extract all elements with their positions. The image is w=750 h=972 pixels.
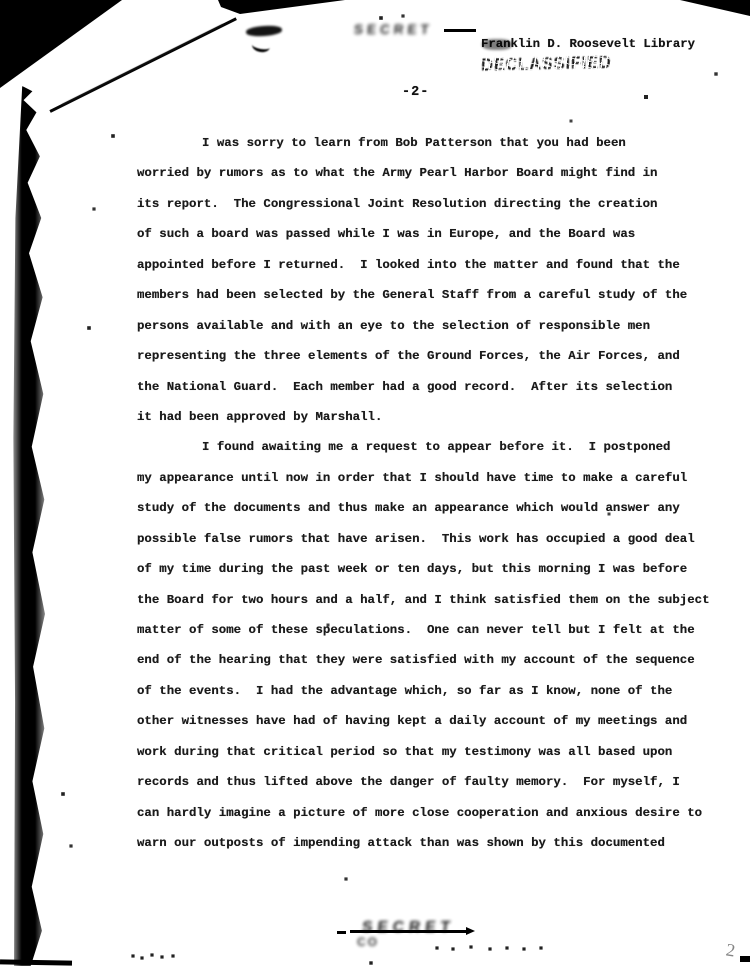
scan-speckles-icon xyxy=(0,0,2,2)
declassified-stamp: DECLASSIFIED xyxy=(481,53,612,76)
paragraph-2: I found awaiting me a request to appear … xyxy=(137,432,729,858)
stamp-strikethrough-arrow-icon xyxy=(350,930,466,933)
ink-smudge-curve-icon xyxy=(251,39,271,54)
text-line: the National Guard. Each member had a go… xyxy=(137,372,729,402)
text-line: persons available and with an eye to the… xyxy=(137,311,729,341)
text-line: my appearance until now in order that I … xyxy=(137,463,729,493)
text-line: study of the documents and thus make an … xyxy=(137,493,729,523)
scanned-document-page: SECRET Franklin D. Roosevelt Library DEC… xyxy=(0,0,750,972)
text-line: it had been approved by Marshall. xyxy=(137,402,729,432)
text-line: of such a board was passed while I was i… xyxy=(137,219,729,249)
text-line: of my time during the past week or ten d… xyxy=(137,554,729,584)
stamp-residue-marks: CO xyxy=(357,935,379,949)
text-line: possible false rumors that have arisen. … xyxy=(137,524,729,554)
paragraph-1: I was sorry to learn from Bob Patterson … xyxy=(137,128,729,432)
text-line: the Board for two hours and a half, and … xyxy=(137,585,729,615)
overstrike-smudge-icon xyxy=(482,39,512,50)
ink-smudge-icon xyxy=(246,25,283,37)
letter-body: I was sorry to learn from Bob Patterson … xyxy=(137,128,729,859)
text-line: representing the three elements of the G… xyxy=(137,341,729,371)
pencil-page-number: 2 xyxy=(724,939,736,961)
stamp-leading-dash-icon xyxy=(337,931,346,934)
page-fold-crease-secondary-icon xyxy=(62,24,224,105)
text-line: I was sorry to learn from Bob Patterson … xyxy=(137,128,729,158)
text-line: matter of some of these speculations. On… xyxy=(137,615,729,645)
page-left-edge-shadow-icon xyxy=(12,86,46,966)
text-line: its report. The Congressional Joint Reso… xyxy=(137,189,729,219)
stamp-strikethrough-icon xyxy=(444,29,476,32)
text-line: of the events. I had the advantage which… xyxy=(137,676,729,706)
text-line: members had been selected by the General… xyxy=(137,280,729,310)
page-bottom-edge-mark-icon xyxy=(0,959,72,965)
scanner-background-top-right-icon xyxy=(680,0,750,16)
library-provenance-stamp: Franklin D. Roosevelt Library xyxy=(481,37,695,51)
text-line: appointed before I returned. I looked in… xyxy=(137,250,729,280)
text-line: work during that critical period so that… xyxy=(137,737,729,767)
text-line: I found awaiting me a request to appear … xyxy=(137,432,729,462)
text-line: records and thus lifted above the danger… xyxy=(137,767,729,797)
page-number: -2- xyxy=(402,85,429,100)
text-line: warn our outposts of impending attack th… xyxy=(137,828,729,858)
bottom-right-edge-mark-icon xyxy=(740,956,750,962)
crossed-out-secret-stamp-top: SECRET xyxy=(353,22,433,37)
text-line: can hardly imagine a picture of more clo… xyxy=(137,798,729,828)
text-line: worried by rumors as to what the Army Pe… xyxy=(137,158,729,188)
text-line: end of the hearing that they were satisf… xyxy=(137,645,729,675)
text-line: other witnesses have had of having kept … xyxy=(137,706,729,736)
